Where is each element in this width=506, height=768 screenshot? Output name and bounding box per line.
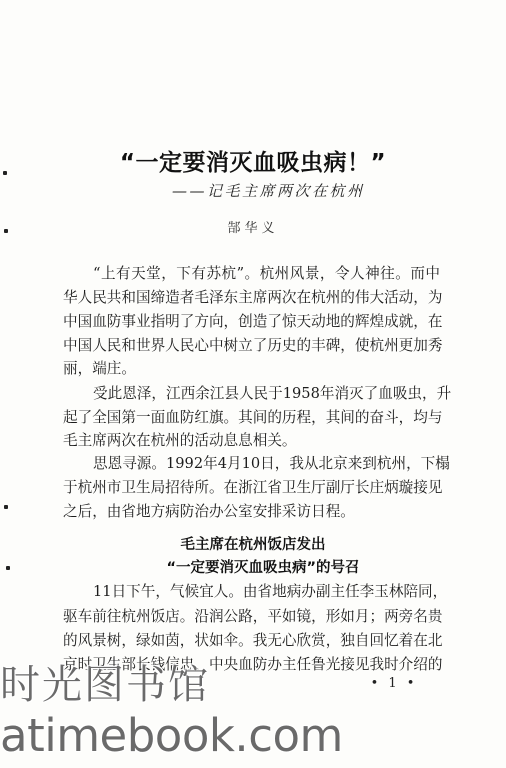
watermark-url: atimebook.com [0,708,343,764]
body-line: 受此恩泽，江西余江县人民于1958年消灭了血吸虫，升 [93,384,440,404]
section-heading-line-2: “一定要消灭血吸虫病”的号召 [0,558,506,578]
page-number: • 1 • [370,676,418,691]
article-title: “一定要消灭血吸虫病！” [0,144,506,177]
article-author: 郜华义 [0,217,506,236]
body-line: “上有天堂，下有苏杭”。杭州风景，令人神往。而中 [93,264,440,284]
section-heading-line-1: 毛主席在杭州饭店发出 [0,535,506,555]
body-line: 丽，端庄。 [63,359,440,379]
body-line: 驱车前往杭州饭店。沿润公路，平如镜，形如月；两旁名贵 [63,607,440,627]
body-line: 毛主席两次在杭州的活动息息相关。 [63,431,440,451]
body-line: 的风景树，绿如茵，状如伞。我无心欣赏，独自回忆着在北 [63,631,440,651]
body-line: 中国血防事业指明了方向，创造了惊天动地的辉煌成就，在 [63,312,440,332]
body-line: 之后，由省地方病防治办公室安排采访日程。 [63,502,440,522]
body-line: 11日下午，气候宜人。由省地病办副主任李玉林陪同， [93,582,440,602]
body-line: 中国人民和世界人民心中树立了历史的丰碑，使杭州更加秀 [63,336,440,356]
body-line: 于杭州市卫生局招待所。在浙江省卫生厅副厅长庄炳璇接见 [63,478,440,498]
article-subtitle: ——记毛主席两次在杭州 [172,180,365,201]
body-line: 思恩寻源。1992年4月10日，我从北京来到杭州，下榻 [93,454,440,474]
margin-speck [4,505,8,509]
document-page: “一定要消灭血吸虫病！” ——记毛主席两次在杭州 郜华义 “上有天堂，下有苏杭”… [0,0,506,768]
body-line: 华人民共和国缔造者毛泽东主席两次在杭州的伟大活动，为 [63,288,440,308]
body-line: 起了全国第一面血防红旗。其间的历程，其间的奋斗，均与 [63,408,440,428]
watermark-site-name: 时光图书馆 [0,660,210,710]
